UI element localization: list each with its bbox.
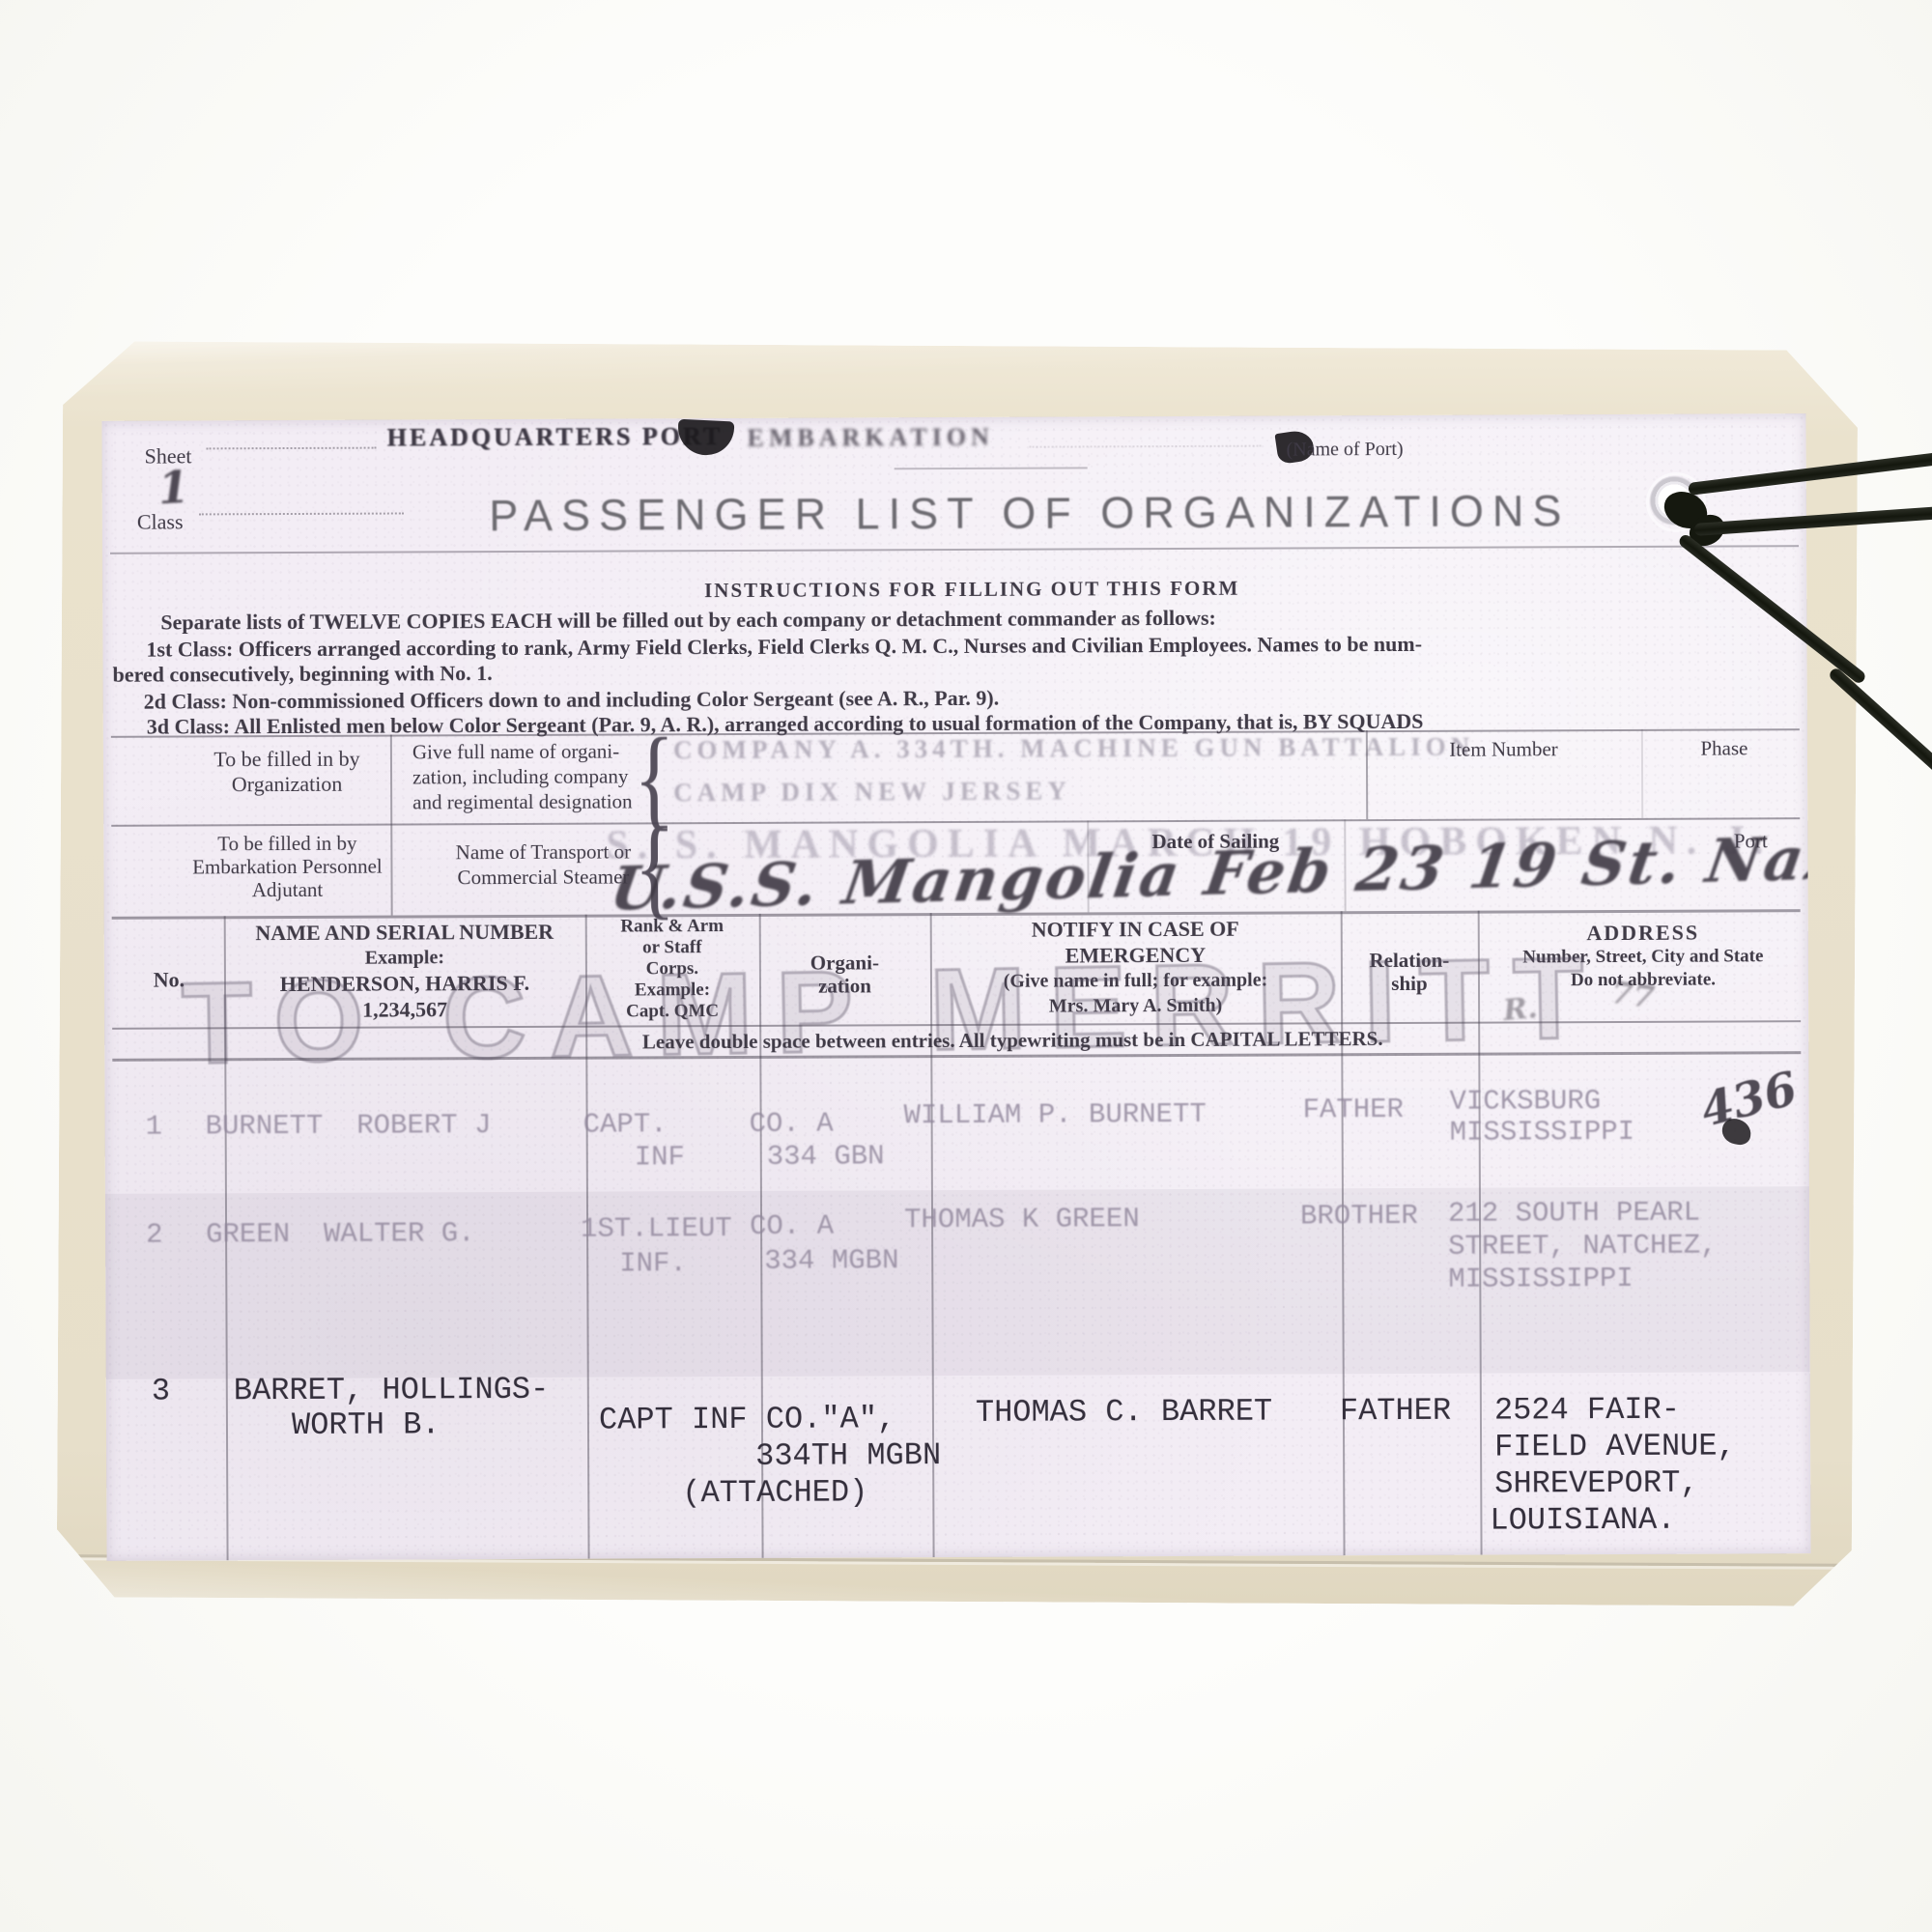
typed-entry-row-3: 3	[152, 1374, 170, 1409]
unit-stamp-line: COMPANY A. 334TH. MACHINE GUN BATTALION	[673, 732, 1474, 766]
typed-entry-row-1: INF	[635, 1141, 685, 1173]
header-dotted-line	[1029, 426, 1261, 448]
typed-entry-row-1: VICKSBURG	[1449, 1085, 1601, 1118]
typed-entry-row-1: CO. A	[750, 1108, 834, 1140]
divider	[390, 824, 392, 916]
sheet-dotted-line	[206, 428, 376, 450]
class-label: Class	[137, 509, 184, 534]
typed-entry-row-3: 334TH MGBN	[755, 1437, 941, 1474]
embark-box-label-line: To be filled in by	[132, 831, 441, 856]
passenger-list-form: Sheet 1 Class HEADQUARTERS PORT EMBARKAT…	[101, 413, 1810, 1561]
item-number-label: Item Number	[1366, 737, 1641, 762]
typed-entry-row-3: CAPT INF CO."A",	[599, 1401, 895, 1437]
typed-entry-row-2: 334 MGBN	[764, 1244, 898, 1277]
col-header-name: NAME AND SERIAL NUMBER	[224, 920, 585, 947]
headquarters-port-text: HEADQUARTERS PORT	[386, 422, 723, 453]
handwritten-mark: R.	[1502, 991, 1539, 1028]
col-header-rank: Rank & Arm	[585, 916, 759, 938]
org-box-label-line: To be filled in by	[142, 746, 432, 772]
typed-entry-row-3: BARRET, HOLLINGS-	[234, 1372, 550, 1408]
instruction-line: 2d Class: Non-commissioned Officers down…	[144, 686, 1000, 715]
typed-entry-row-1: CAPT.	[583, 1108, 668, 1140]
unit-stamp-line: CAMP DIX NEW JERSEY	[673, 776, 1071, 808]
capital-letters-note: Leave double space between entries. All …	[433, 1026, 1592, 1055]
to-camp-merritt-overstamp: TO CAMP MERRITT	[181, 931, 1608, 1091]
embark-box-label-line: Adjutant	[133, 877, 442, 902]
typed-entry-row-3: WORTH B.	[292, 1406, 440, 1443]
handwritten-mark: 77	[1609, 974, 1657, 1016]
typed-entry-row-3: (ATTACHED)	[682, 1474, 867, 1511]
typed-entry-row-2: STREET, NATCHEZ,	[1448, 1230, 1718, 1263]
typed-entry-row-1: BURNETT ROBERT J	[206, 1109, 492, 1142]
typed-entry-row-2: 1ST.LIEUT	[581, 1212, 732, 1245]
instruction-line: 1st Class: Officers arranged according t…	[146, 632, 1422, 663]
instructions-heading: INSTRUCTIONS FOR FILLING OUT THIS FORM	[392, 575, 1551, 604]
form-title: PASSENGER LIST OF ORGANIZATIONS	[421, 486, 1638, 541]
name-of-port-label: (Name of Port)	[1287, 439, 1404, 462]
typed-entry-row-2: 212 SOUTH PEARL	[1448, 1197, 1700, 1230]
instruction-line: bered consecutively, beginning with No. …	[113, 661, 493, 688]
rule-under-title	[110, 545, 1799, 554]
typed-entry-row-3: FATHER	[1340, 1393, 1451, 1430]
port-name-blank-line	[895, 467, 1088, 469]
typed-entry-row-1: WILLIAM P. BURNETT	[904, 1098, 1207, 1131]
typed-entry-row-1: MISSISSIPPI	[1450, 1116, 1635, 1149]
typed-entry-row-1: 1	[146, 1111, 163, 1143]
typed-entry-row-2: GREEN WALTER G.	[206, 1217, 475, 1250]
photo-of-document: { "header": { "sheet_label": "Sheet", "s…	[0, 0, 1932, 1932]
typed-entry-row-3: THOMAS C. BARRET	[976, 1394, 1272, 1431]
sheet-number-handwritten: 1	[156, 461, 190, 515]
typed-entry-row-2: 2	[146, 1219, 163, 1251]
typed-entry-row-1: FATHER	[1302, 1094, 1404, 1125]
typed-entry-row-3: FIELD AVENUE,	[1494, 1428, 1736, 1464]
typed-entry-row-1: 334 GBN	[767, 1140, 885, 1173]
org-box-desc-line: Give full name of organi-	[412, 740, 619, 765]
typed-entry-row-2: CO. A	[750, 1210, 834, 1242]
org-box-label-line: Organization	[142, 771, 432, 797]
typed-entry-row-2: INF.	[619, 1247, 687, 1279]
typed-entry-row-3: 2524 FAIR-	[1494, 1392, 1680, 1429]
phase-label: Phase	[1641, 736, 1807, 761]
typed-entry-row-2: MISSISSIPPI	[1448, 1263, 1634, 1295]
embark-box-label-line: Embarkation Personnel	[132, 854, 441, 879]
divider	[390, 735, 392, 824]
org-box-desc-line: and regimental designation	[412, 789, 633, 814]
org-box-desc-line: zation, including company	[412, 764, 628, 789]
typed-entry-row-2: BROTHER	[1300, 1200, 1418, 1233]
instruction-line: Separate lists of TWELVE COPIES EACH wil…	[160, 606, 1216, 636]
embarkation-text: EMBARKATION	[747, 423, 993, 453]
typed-entry-row-3: SHREVEPORT,	[1494, 1465, 1698, 1502]
class-dotted-line	[199, 493, 404, 515]
typed-entry-row-3: LOUISIANA.	[1490, 1502, 1675, 1539]
typed-entry-row-2: THOMAS K GREEN	[904, 1203, 1140, 1236]
